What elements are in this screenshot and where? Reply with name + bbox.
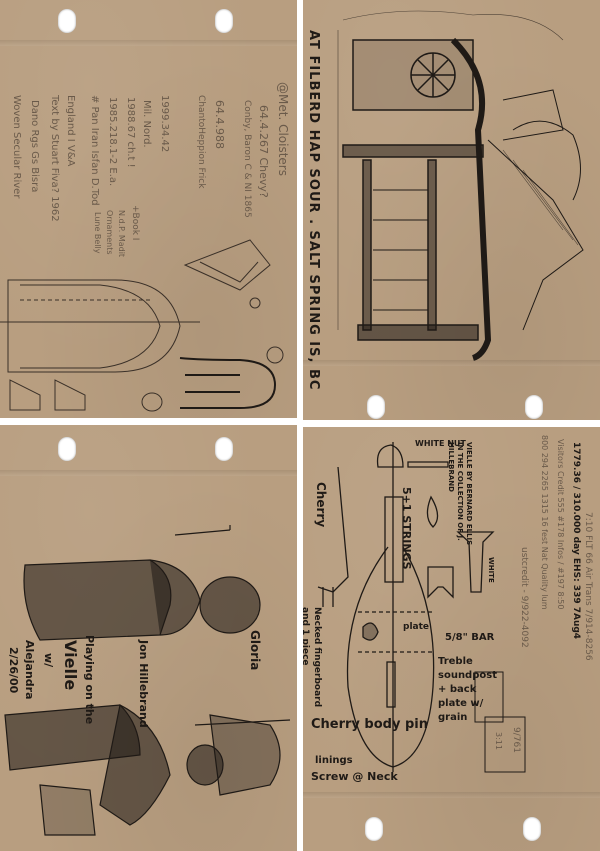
handwritten-note: linings (315, 755, 353, 766)
handwritten-note: WHITE (487, 557, 495, 583)
handwritten-note: Cherry body pin (311, 717, 428, 732)
handwritten-note: WHITE NUT (415, 439, 466, 448)
sketch-page-bottom-right: VIELLE BY BERNARD ELLIS IN THE COLLECTIO… (303, 427, 600, 851)
handwritten-note: 7:10 FLT 66 Air Trans 7/914-8256 (583, 512, 593, 661)
handwritten-note: Necked fingerboard and 1 piece (303, 607, 323, 717)
handwritten-note: Alejandra (23, 640, 36, 700)
handwritten-note: Vielle (61, 640, 80, 690)
sketch-page-bottom-left: Gloria Jon Hillebrand Playing on the Vie… (0, 425, 297, 851)
handwritten-note: 2/26/00 (7, 647, 20, 693)
gothic-window-sketch (0, 0, 297, 418)
handwritten-note: 5+1 STRINGS (400, 487, 413, 570)
handwritten-note: 5/8" BAR (445, 632, 494, 643)
handwritten-note: w/ (42, 653, 55, 667)
handwritten-note: ustcredit - 9/922-4092 (519, 547, 529, 648)
sketch-page-top-left: @Met. Cloisters 64.4.267 Chevy? Conby, B… (0, 0, 297, 418)
handwritten-note: Playing on the (83, 635, 96, 724)
handwritten-note: plate (403, 622, 429, 632)
handwritten-note: 800 294 2265 1315 16 fest Nat Quality lu… (540, 435, 549, 610)
handwritten-note: 9/761 (511, 727, 521, 753)
gazebo-drawing (303, 0, 600, 420)
handwritten-note: 1779.36 / 310.000 day EHS: 339 7Aug4 (571, 442, 581, 639)
handwritten-note: Jon Hillebrand (137, 640, 150, 728)
handwritten-note: Cherry (314, 482, 328, 527)
sketch-page-top-right: AT FILBERD HAP SOUR . SALT SPRING IS, BC (303, 0, 600, 420)
handwritten-note: Treble soundpost + back plate w/ grain (438, 655, 498, 725)
handwritten-note: 3:11 (494, 732, 503, 750)
handwritten-note: Screw @ Neck (311, 770, 398, 783)
handwritten-note: VIELLE BY BERNARD ELLIS IN THE COLLECTIO… (446, 442, 473, 552)
handwritten-note: Gloria (248, 630, 262, 670)
handwritten-note: Visitors Credit 555 #178 Infos / #197 8:… (556, 439, 565, 609)
